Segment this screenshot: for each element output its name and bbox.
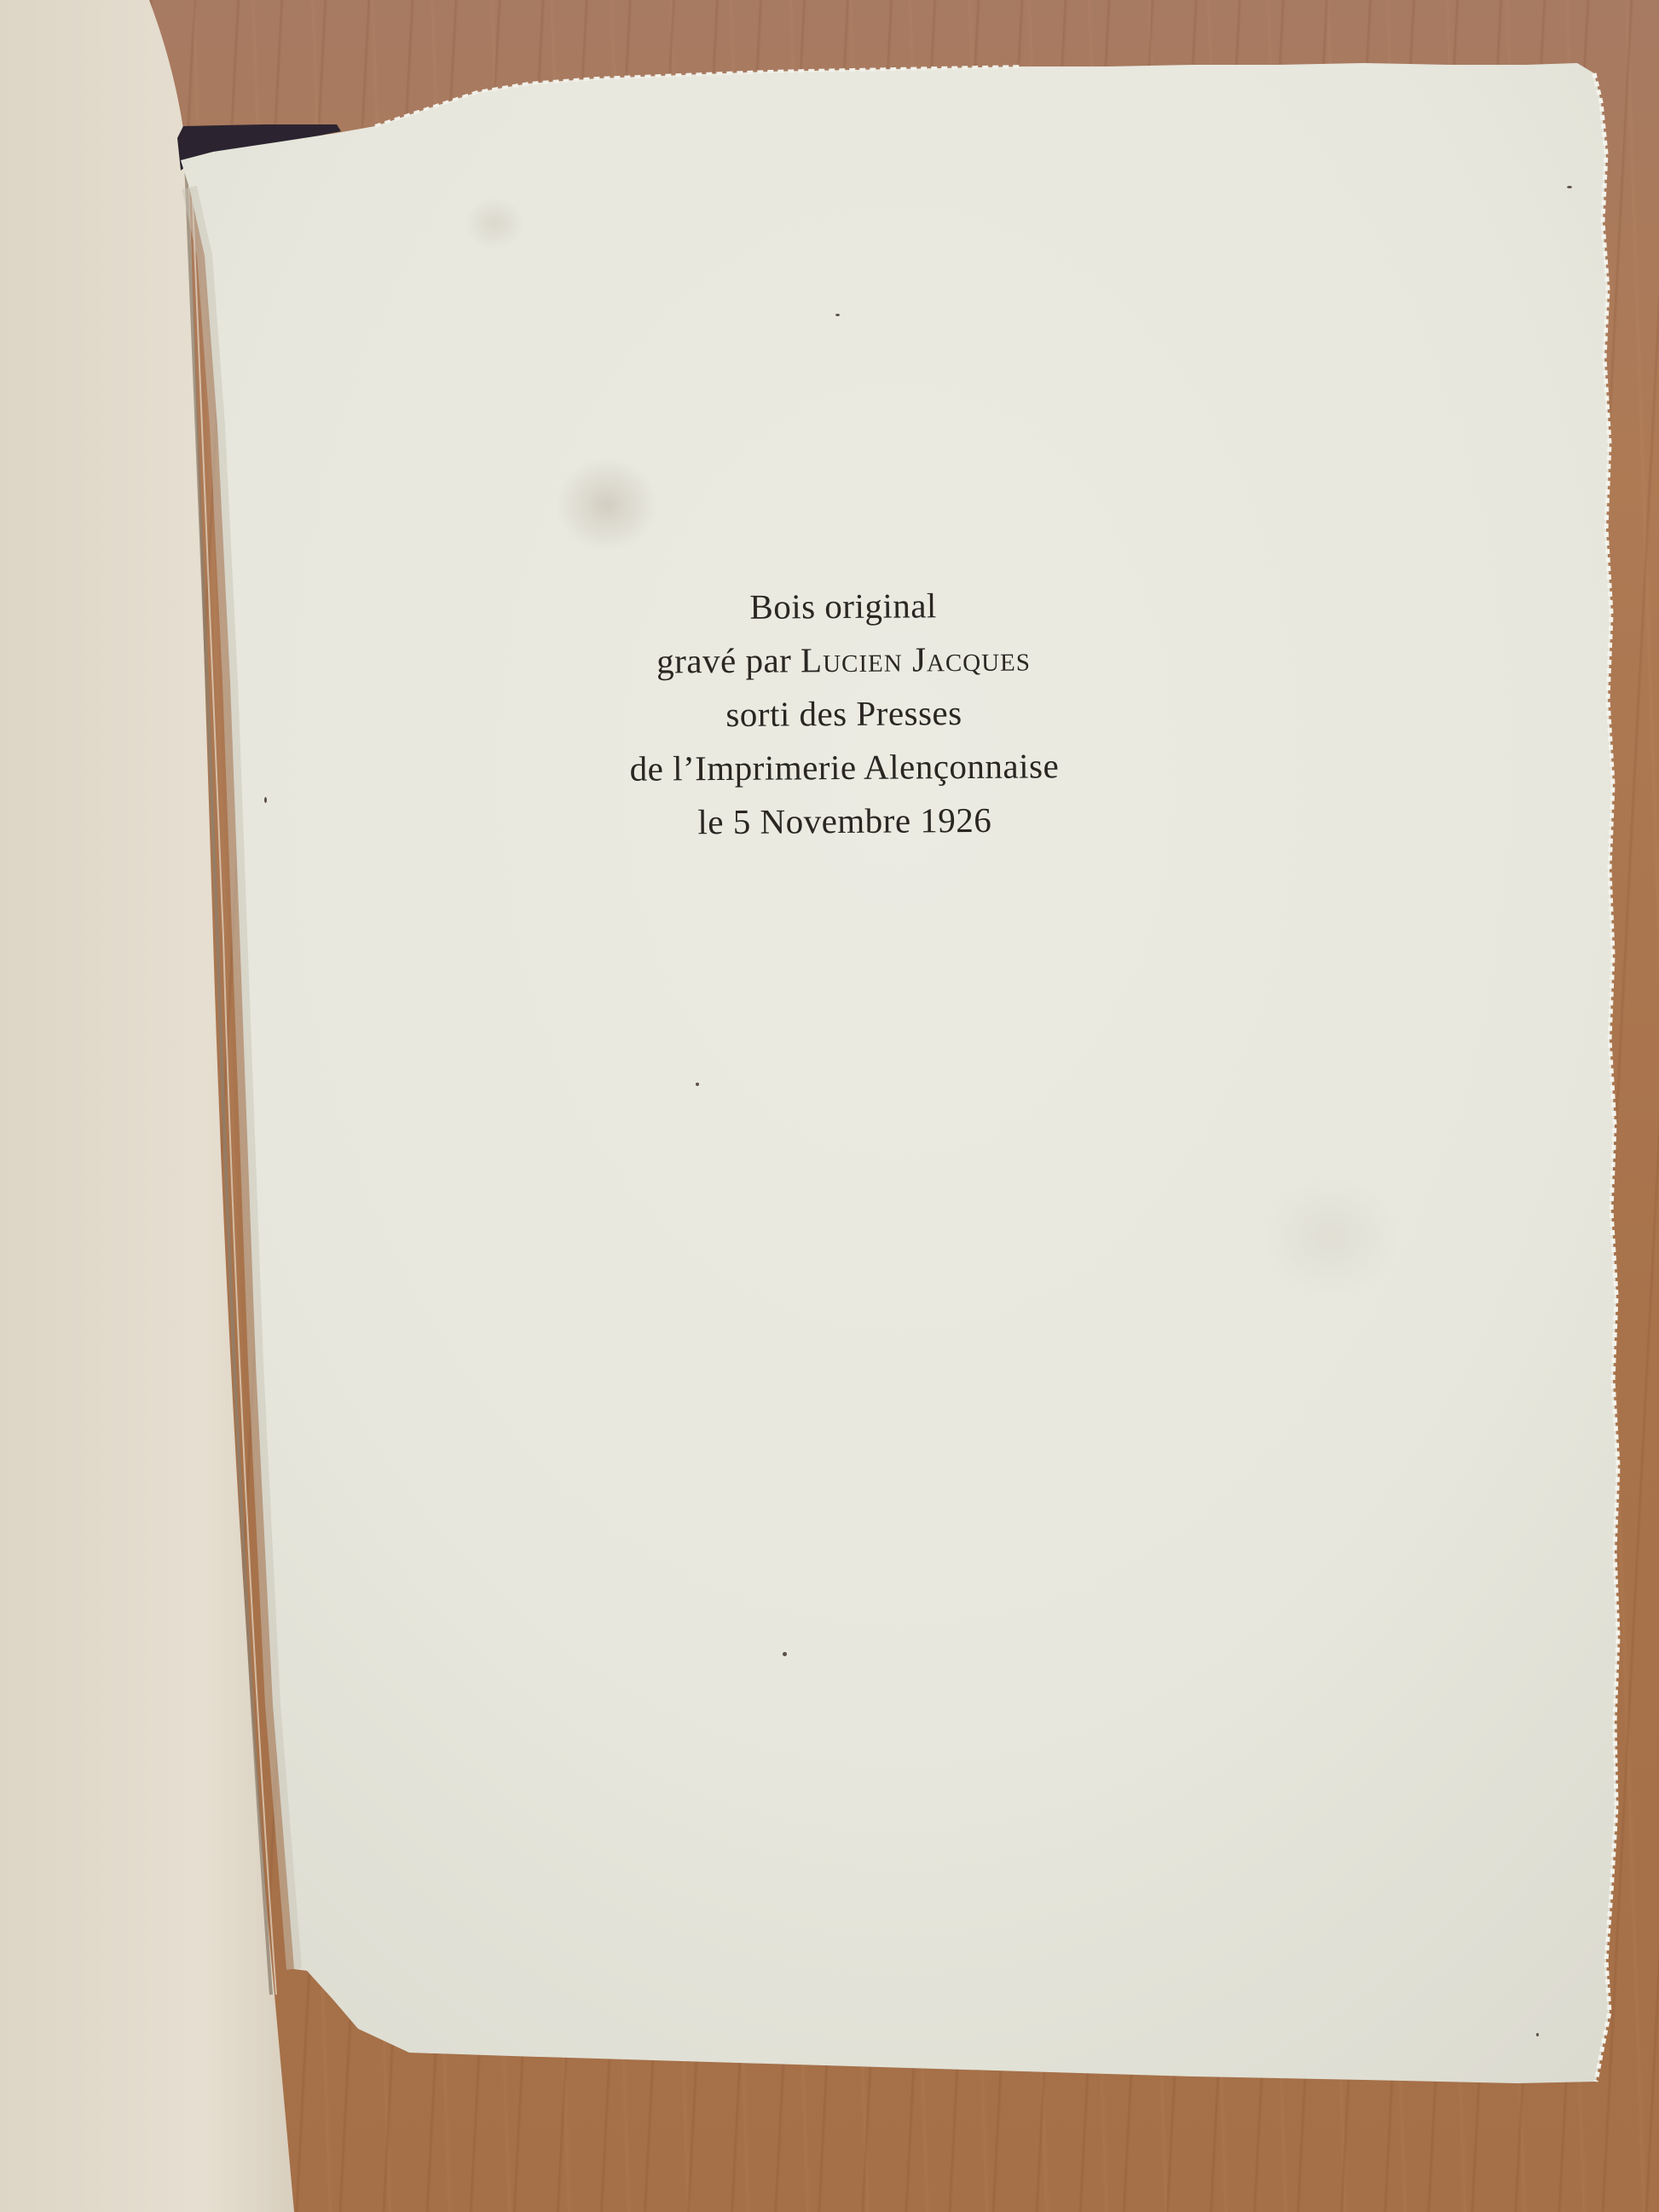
paper-speck xyxy=(696,1083,699,1086)
engraver-prefix: gravé par xyxy=(656,640,801,680)
paper-speck xyxy=(1567,186,1572,188)
colophon-line-3: sorti des Presses xyxy=(546,685,1142,743)
engraver-name: Lucien Jacques xyxy=(801,638,1031,679)
colophon-text-block: Bois original gravé par Lucien Jacques s… xyxy=(545,578,1143,851)
paper-speck xyxy=(783,1652,787,1656)
paper-speck xyxy=(1536,2033,1539,2036)
colophon-line-2: gravé par Lucien Jacques xyxy=(545,632,1142,690)
photo-scene: Bois original gravé par Lucien Jacques s… xyxy=(0,0,1659,2212)
colophon-line-4: de l’Imprimerie Alençonnaise xyxy=(546,739,1142,797)
paper-speck xyxy=(264,797,267,803)
colophon-line-1: Bois original xyxy=(545,578,1142,636)
colophon-line-5: le 5 Novembre 1926 xyxy=(546,793,1143,851)
paper-speck xyxy=(835,314,840,316)
right-page xyxy=(0,0,1659,2212)
